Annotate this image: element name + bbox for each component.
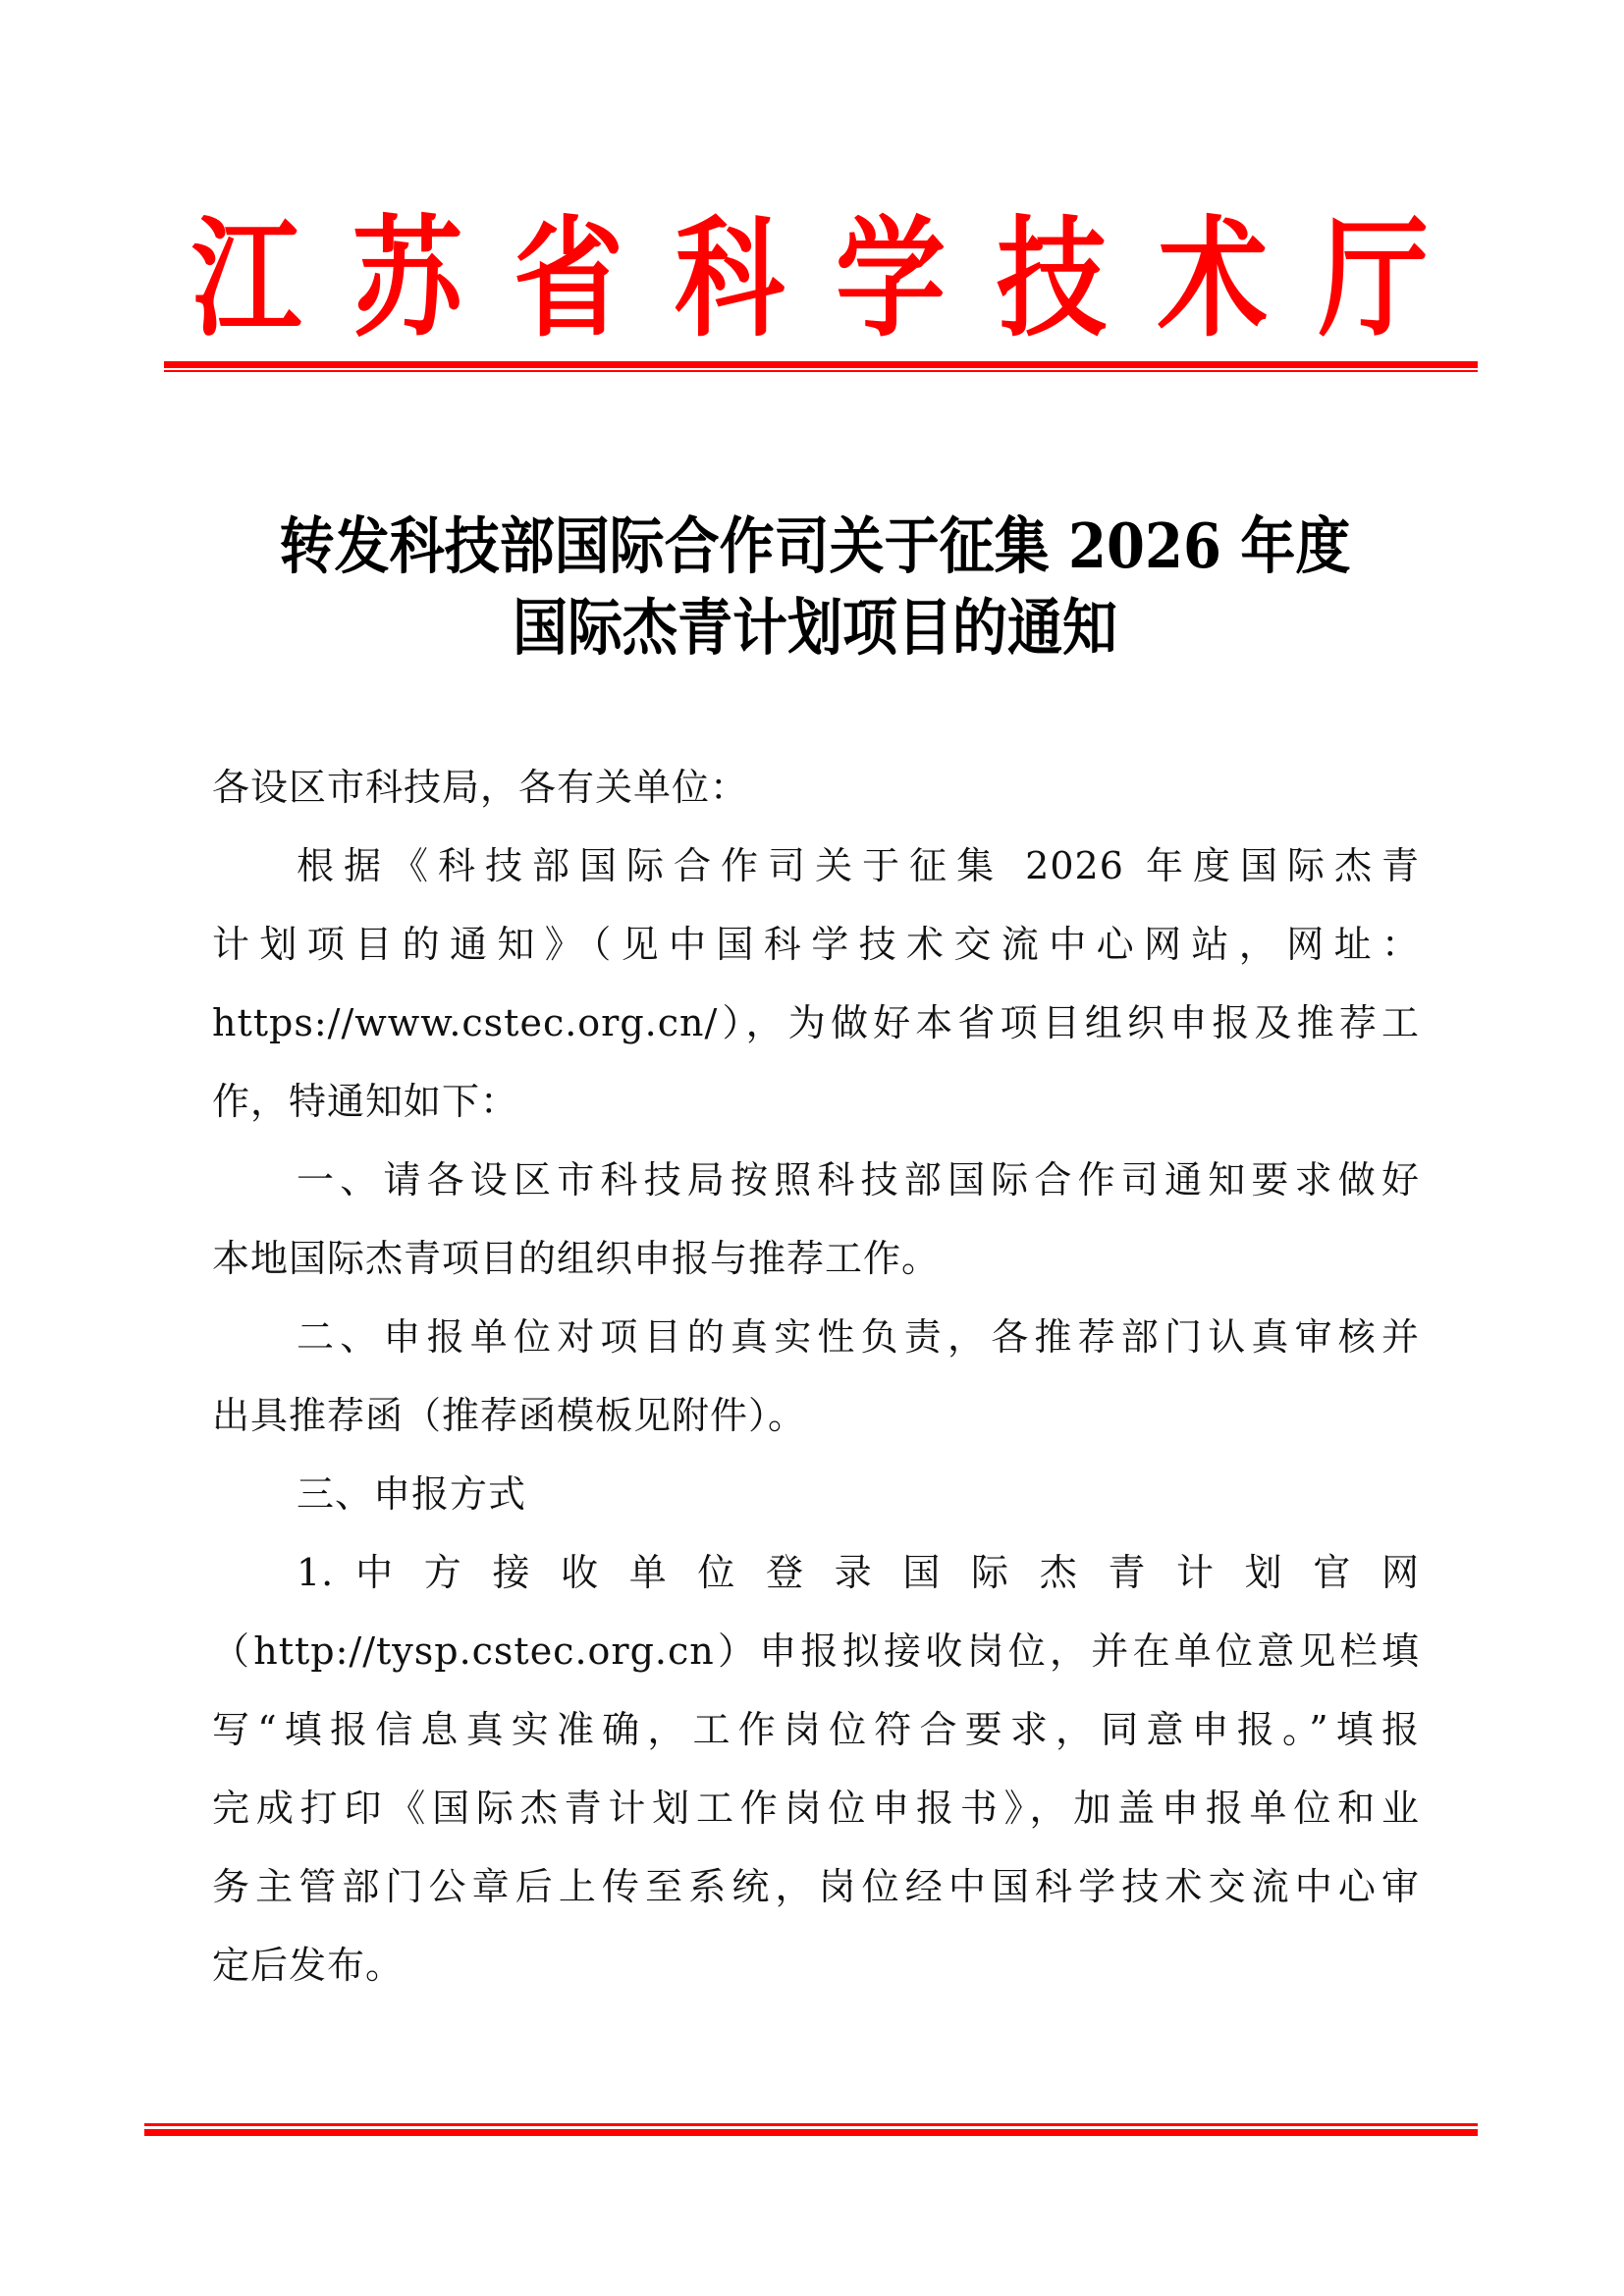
para1-line: 根据《科技部国际合作司关于征集 2026 年度国际杰青 (297, 836, 1420, 895)
masthead-title: 江 苏 省 科 学 技 术 厅 (157, 210, 1473, 349)
item2-line: 二、申报单位对项目的真实性负责，各推荐部门认真审核并 (297, 1308, 1420, 1366)
item3-1-line: 务主管部门公章后上传至系统，岗位经中国科学技术交流中心审 (212, 1857, 1420, 1916)
footer-rule-thick (144, 2129, 1478, 2136)
item3-1-line: 完成打印《国际杰青计划工作岗位申报书》，加盖申报单位和业 (212, 1779, 1420, 1838)
item3-1-line: 1. 中 方 接 收 单 位 登 录 国 际 杰 青 计 划 官 网 (297, 1543, 1420, 1602)
item3-heading: 三、申报方式 (297, 1465, 526, 1523)
item3-1-line: 定后发布。 (212, 1936, 404, 1995)
header-rule-thin (164, 370, 1478, 372)
item1-line: 一、请各设区市科技局按照科技部国际合作司通知要求做好 (297, 1150, 1420, 1209)
masthead-char: 苏 (352, 210, 462, 349)
document-page: 江 苏 省 科 学 技 术 厅 转发科技部国际合作司关于征集 2026 年度 国… (0, 0, 1624, 2296)
masthead-char: 科 (675, 210, 785, 349)
masthead-char: 江 (191, 210, 301, 349)
para1-line-with-link[interactable]: https://www.cstec.org.cn/），为做好本省项目组织申报及推… (212, 993, 1420, 1052)
masthead-char: 厅 (1319, 210, 1429, 349)
item1-line: 本地国际杰青项目的组织申报与推荐工作。 (212, 1229, 940, 1288)
masthead-char: 技 (997, 210, 1107, 349)
salutation: 各设区市科技局，各有关单位： (212, 758, 748, 817)
item2-line: 出具推荐函（推荐函模板见附件）。 (212, 1386, 806, 1445)
document-title-line-1: 转发科技部国际合作司关于征集 2026 年度 (177, 498, 1453, 586)
para1-line: 作，特通知如下： (212, 1072, 518, 1131)
item3-1-line-with-link[interactable]: （http://tysp.cstec.org.cn）申报拟接收岗位，并在单位意见… (212, 1622, 1420, 1681)
header-rule-thick (164, 361, 1478, 368)
para1-line: 计划项目的通知》（见中国科学技术交流中心网站，网址： (212, 915, 1420, 974)
masthead-char: 术 (1158, 210, 1268, 349)
item3-1-line: 写“填报信息真实准确，工作岗位符合要求，同意申报。”填报 (212, 1700, 1420, 1759)
footer-rule-thin (144, 2123, 1478, 2126)
masthead-char: 学 (836, 210, 946, 349)
masthead-char: 省 (514, 210, 623, 349)
document-title-line-2: 国际杰青计划项目的通知 (177, 579, 1453, 667)
